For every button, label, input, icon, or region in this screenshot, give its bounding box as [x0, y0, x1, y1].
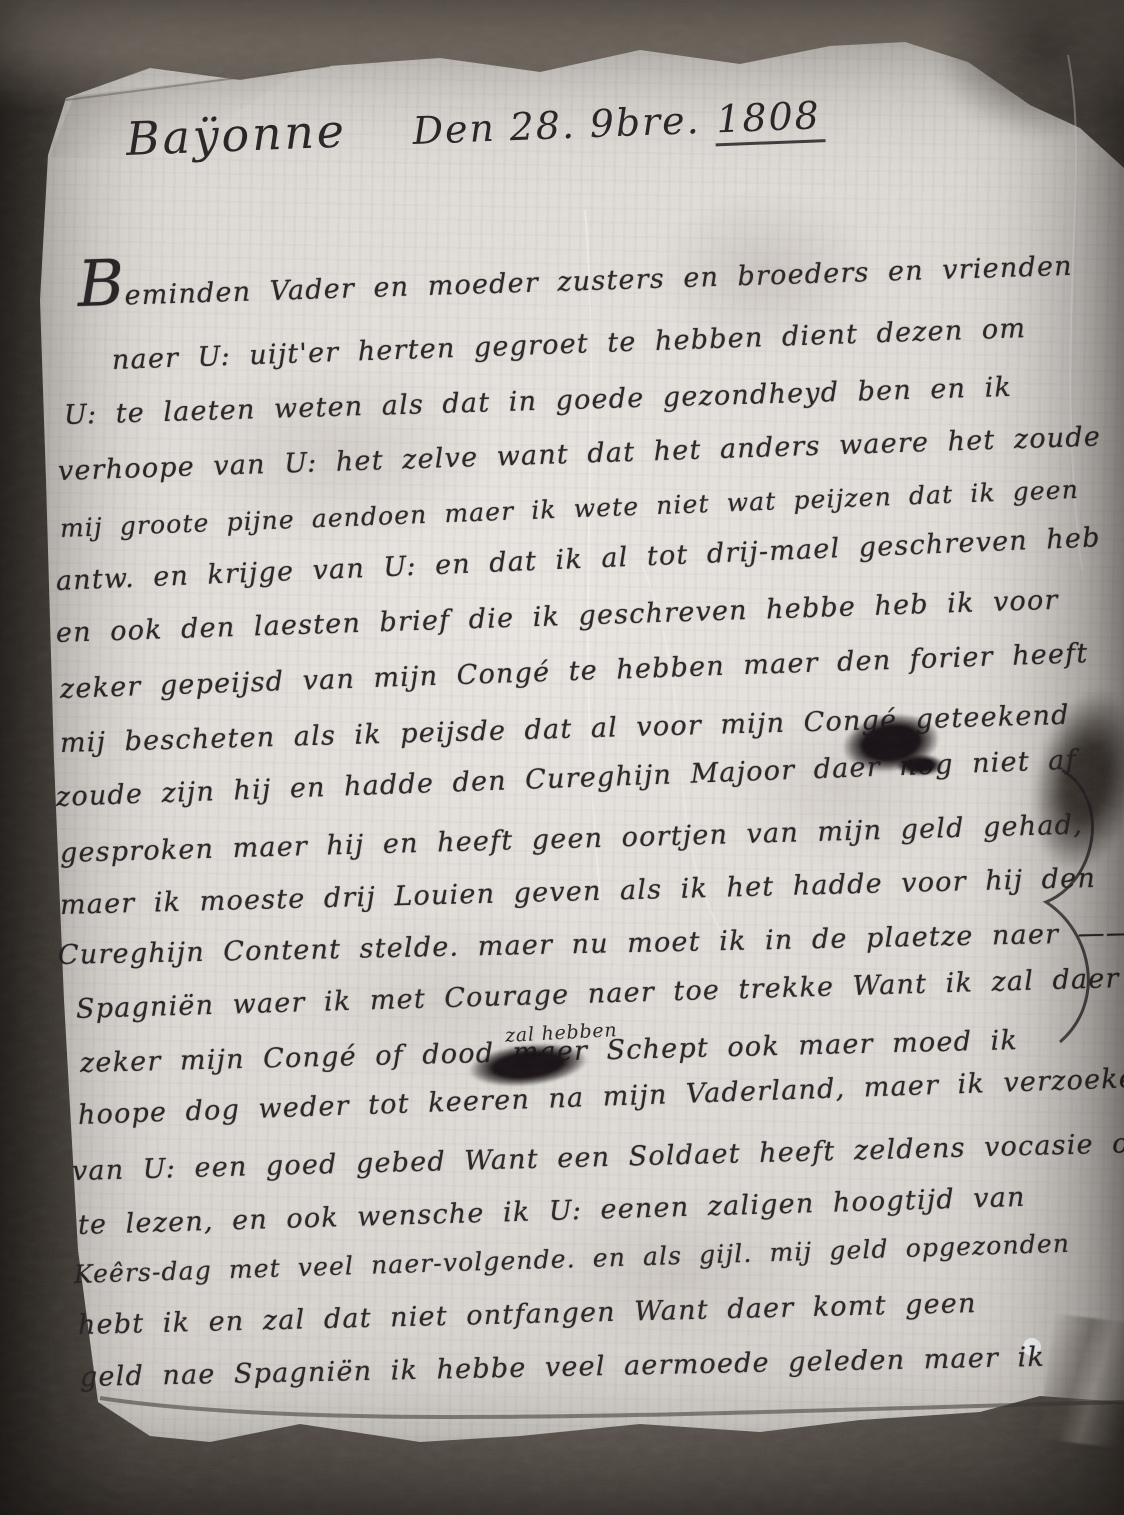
torn-corner-shadow [934, 0, 1124, 140]
year-underlined: 1808 [714, 93, 826, 146]
place-name: Baÿonne [125, 104, 348, 166]
photograph-of-letter: BaÿonneDen 28. 9bre. 1808 Beminden Vader… [0, 0, 1124, 1515]
date-text: Den 28. 9bre. [412, 98, 701, 153]
paper-wrinkle [1039, 1313, 1124, 1448]
ink-blot-small [896, 754, 944, 776]
